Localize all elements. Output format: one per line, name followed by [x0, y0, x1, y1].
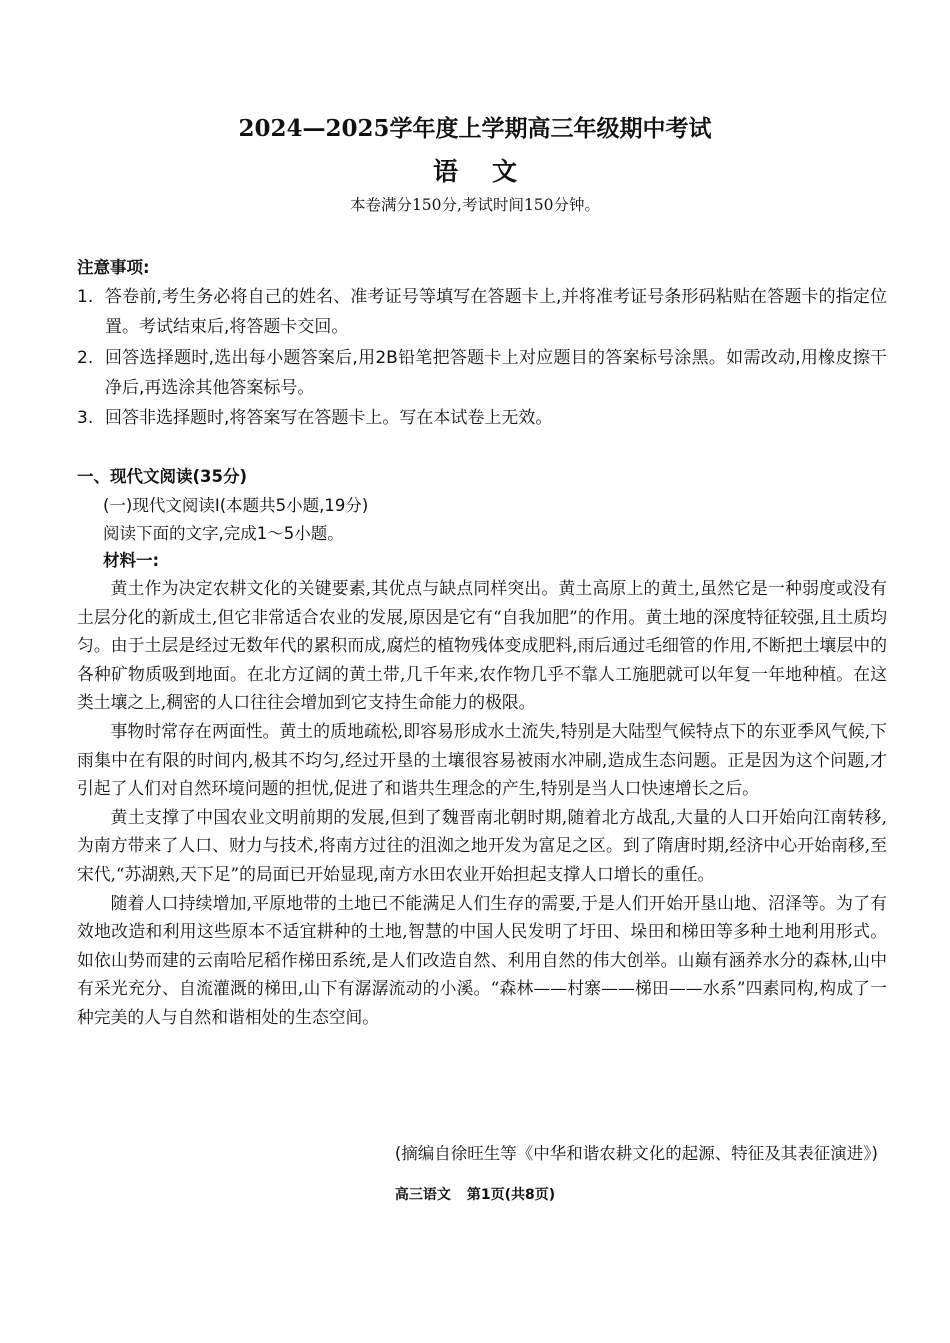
notice-item: 3. 回答非选择题时,将答案写在答题卡上。写在本试卷上无效。 [77, 403, 887, 433]
notice-item: 1. 答卷前,考生务必将自己的姓名、准考证号等填写在答题卡上,并将准考证号条形码… [77, 282, 887, 343]
passage-paragraph: 黄土支撑了中国农业文明前期的发展,但到了魏晋南北朝时期,随着北方战乱,大量的人口… [77, 803, 887, 889]
footer-subject: 高三语文 [395, 1187, 451, 1203]
notice-item-number: 2. [77, 343, 93, 373]
notice-item-number: 1. [77, 282, 93, 312]
passage-paragraph: 随着人口持续增加,平原地带的土地已不能满足人们生存的需要,于是人们开始开垦山地、… [77, 889, 887, 1032]
section-heading: 一、现代文阅读(35分) [77, 464, 247, 490]
subject-title: 语文 [0, 155, 950, 189]
notice-item-number: 3. [77, 403, 93, 433]
subject-char: 语 [433, 155, 458, 189]
passage-paragraph: 事物时常存在两面性。黄土的质地疏松,即容易形成水土流失,特别是大陆型气候特点下的… [77, 717, 887, 803]
exam-title: 2024—2025学年度上学期高三年级期中考试 [0, 113, 950, 145]
exam-page: 2024—2025学年度上学期高三年级期中考试 语文 本卷满分150分,考试时间… [0, 0, 950, 1343]
footer-page-number: 第1页(共8页) [467, 1187, 555, 1203]
reading-instruction: 阅读下面的文字,完成1～5小题。 [103, 521, 344, 547]
subsection-heading: (一)现代文阅读Ⅰ(本题共5小题,19分) [103, 493, 368, 519]
notice-item-text: 回答非选择题时,将答案写在答题卡上。写在本试卷上无效。 [105, 408, 552, 428]
notice-item-text: 答卷前,考生务必将自己的姓名、准考证号等填写在答题卡上,并将准考证号条形码粘贴在… [105, 287, 887, 337]
material-label: 材料一: [103, 548, 159, 574]
passage-paragraph: 黄土作为决定农耕文化的关键要素,其优点与缺点同样突出。黄土高原上的黄土,虽然它是… [77, 574, 887, 717]
reading-passage: 黄土作为决定农耕文化的关键要素,其优点与缺点同样突出。黄土高原上的黄土,虽然它是… [77, 574, 887, 1032]
notice-item: 2. 回答选择题时,选出每小题答案后,用2B铅笔把答题卡上对应题目的答案标号涂黑… [77, 343, 887, 404]
page-footer: 高三语文第1页(共8页) [0, 1184, 950, 1206]
notice-list: 1. 答卷前,考生务必将自己的姓名、准考证号等填写在答题卡上,并将准考证号条形码… [77, 282, 887, 433]
subject-char: 文 [492, 155, 517, 189]
exam-meta: 本卷满分150分,考试时间150分钟。 [0, 193, 950, 217]
passage-source: (摘编自徐旺生等《中华和谐农耕文化的起源、特征及其表征演进》) [395, 1141, 878, 1167]
notice-item-text: 回答选择题时,选出每小题答案后,用2B铅笔把答题卡上对应题目的答案标号涂黑。如需… [105, 348, 887, 398]
notice-heading: 注意事项: [77, 255, 150, 281]
